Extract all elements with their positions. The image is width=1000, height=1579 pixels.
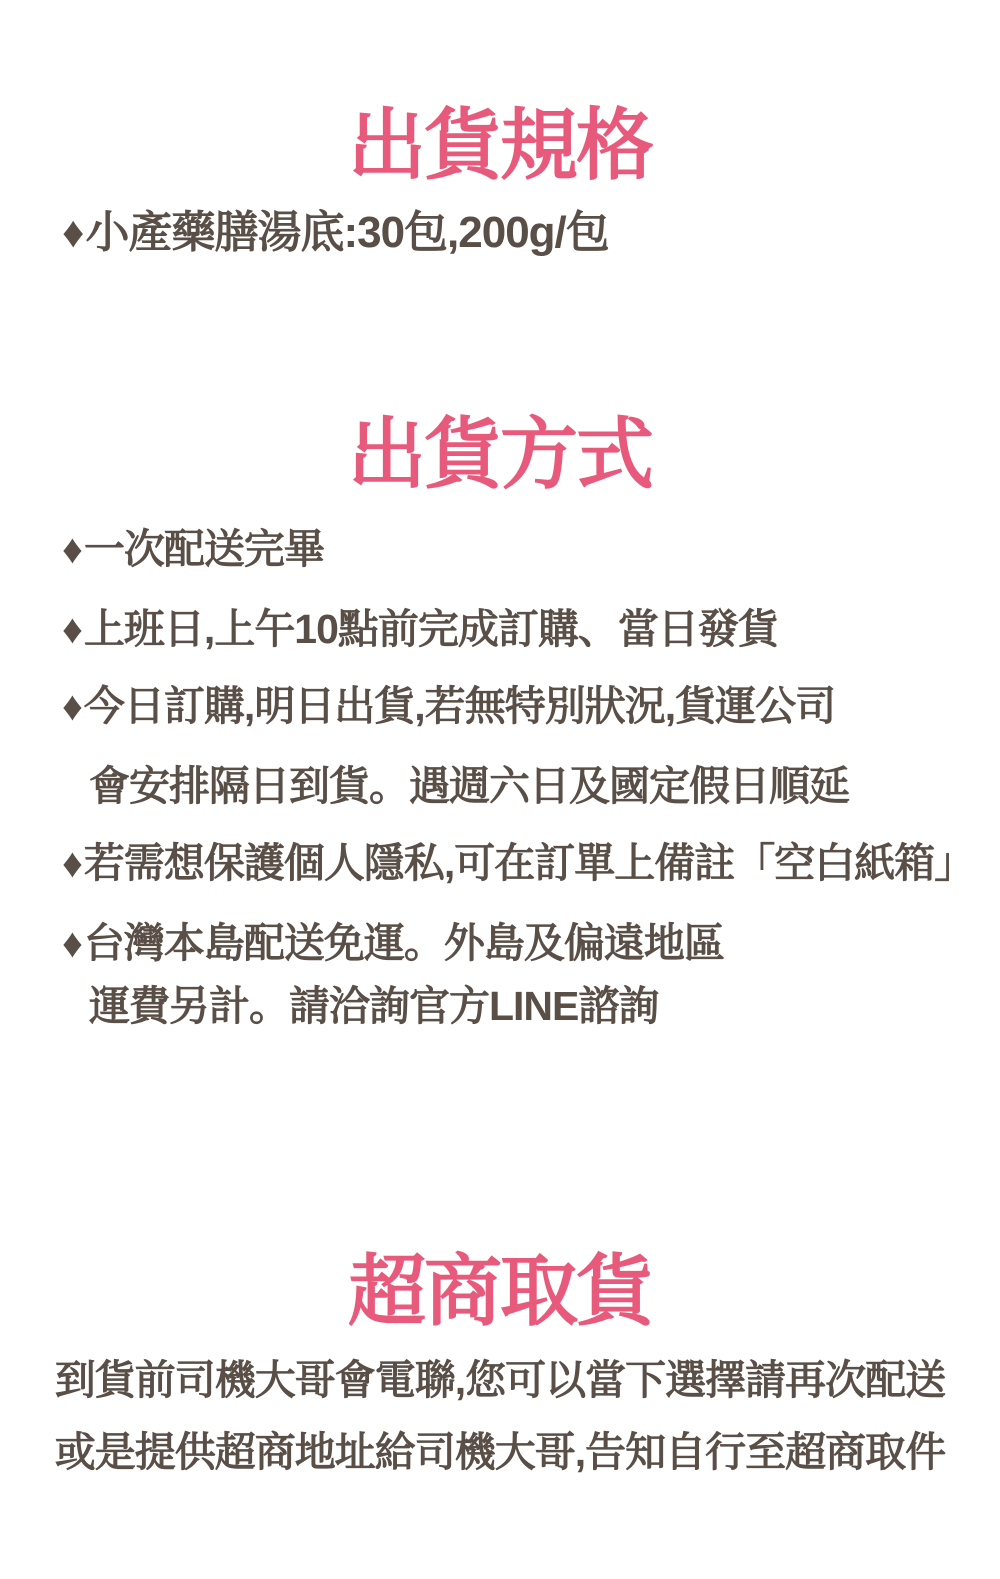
list-item: ♦台灣本島配送免運。外島及偏遠地區 [62,918,974,981]
list-item-text: 運費另計。請洽詢官方LINE諮詢 [89,983,658,1029]
section-title-store-pickup: 超商取貨 [0,1252,1000,1332]
list-item-continuation: 會安排隔日到貨。遇週六日及國定假日順延 [62,761,974,838]
diamond-bullet-icon: ♦ [62,840,82,886]
list-item: ♦一次配送完畢 [62,524,974,604]
section-title-shipping-method: 出貨方式 [0,415,1000,495]
paragraph-line: 到貨前司機大哥會電聯,您可以當下選擇請再次配送 [0,1344,1000,1416]
diamond-bullet-icon: ♦ [62,606,82,652]
list-item-continuation: 運費另計。請洽詢官方LINE諮詢 [62,981,974,1031]
list-item-text: 台灣本島配送免運。外島及偏遠地區 [84,920,724,966]
diamond-bullet-icon: ♦ [62,920,82,966]
list-item: ♦小產藥膳湯底:30包,200g/包 [62,207,609,259]
list-item-text: 會安排隔日到貨。遇週六日及國定假日順延 [89,763,849,809]
list-item: ♦上班日,上午10點前完成訂購、當日發貨 [62,604,974,681]
paragraph-line: 或是提供超商地址給司機大哥,告知自行至超商取件 [0,1416,1000,1488]
diamond-bullet-icon: ♦ [62,208,83,257]
list-item-text: 小產藥膳湯底:30包,200g/包 [85,208,608,257]
list-item: ♦若需想保護個人隱私,可在訂單上備註「空白紙箱」 [62,838,974,918]
list-item-text: 若需想保護個人隱私,可在訂單上備註「空白紙箱」 [84,840,974,886]
list-item-text: 上班日,上午10點前完成訂購、當日發貨 [84,606,778,652]
diamond-bullet-icon: ♦ [62,683,82,729]
section-title-shipping-spec: 出貨規格 [0,106,1000,186]
list-item-text: 一次配送完畢 [84,526,324,572]
diamond-bullet-icon: ♦ [62,526,82,572]
store-pickup-paragraph: 到貨前司機大哥會電聯,您可以當下選擇請再次配送 或是提供超商地址給司機大哥,告知… [0,1344,1000,1488]
shipping-method-list: ♦一次配送完畢 ♦上班日,上午10點前完成訂購、當日發貨 ♦今日訂購,明日出貨,… [62,524,974,1031]
list-item: ♦今日訂購,明日出貨,若無特別狀況,貨運公司 [62,681,974,761]
list-item-text: 今日訂購,明日出貨,若無特別狀況,貨運公司 [84,683,835,729]
shipping-info-panel: 出貨規格 ♦小產藥膳湯底:30包,200g/包 出貨方式 ♦一次配送完畢 ♦上班… [0,0,1000,1579]
